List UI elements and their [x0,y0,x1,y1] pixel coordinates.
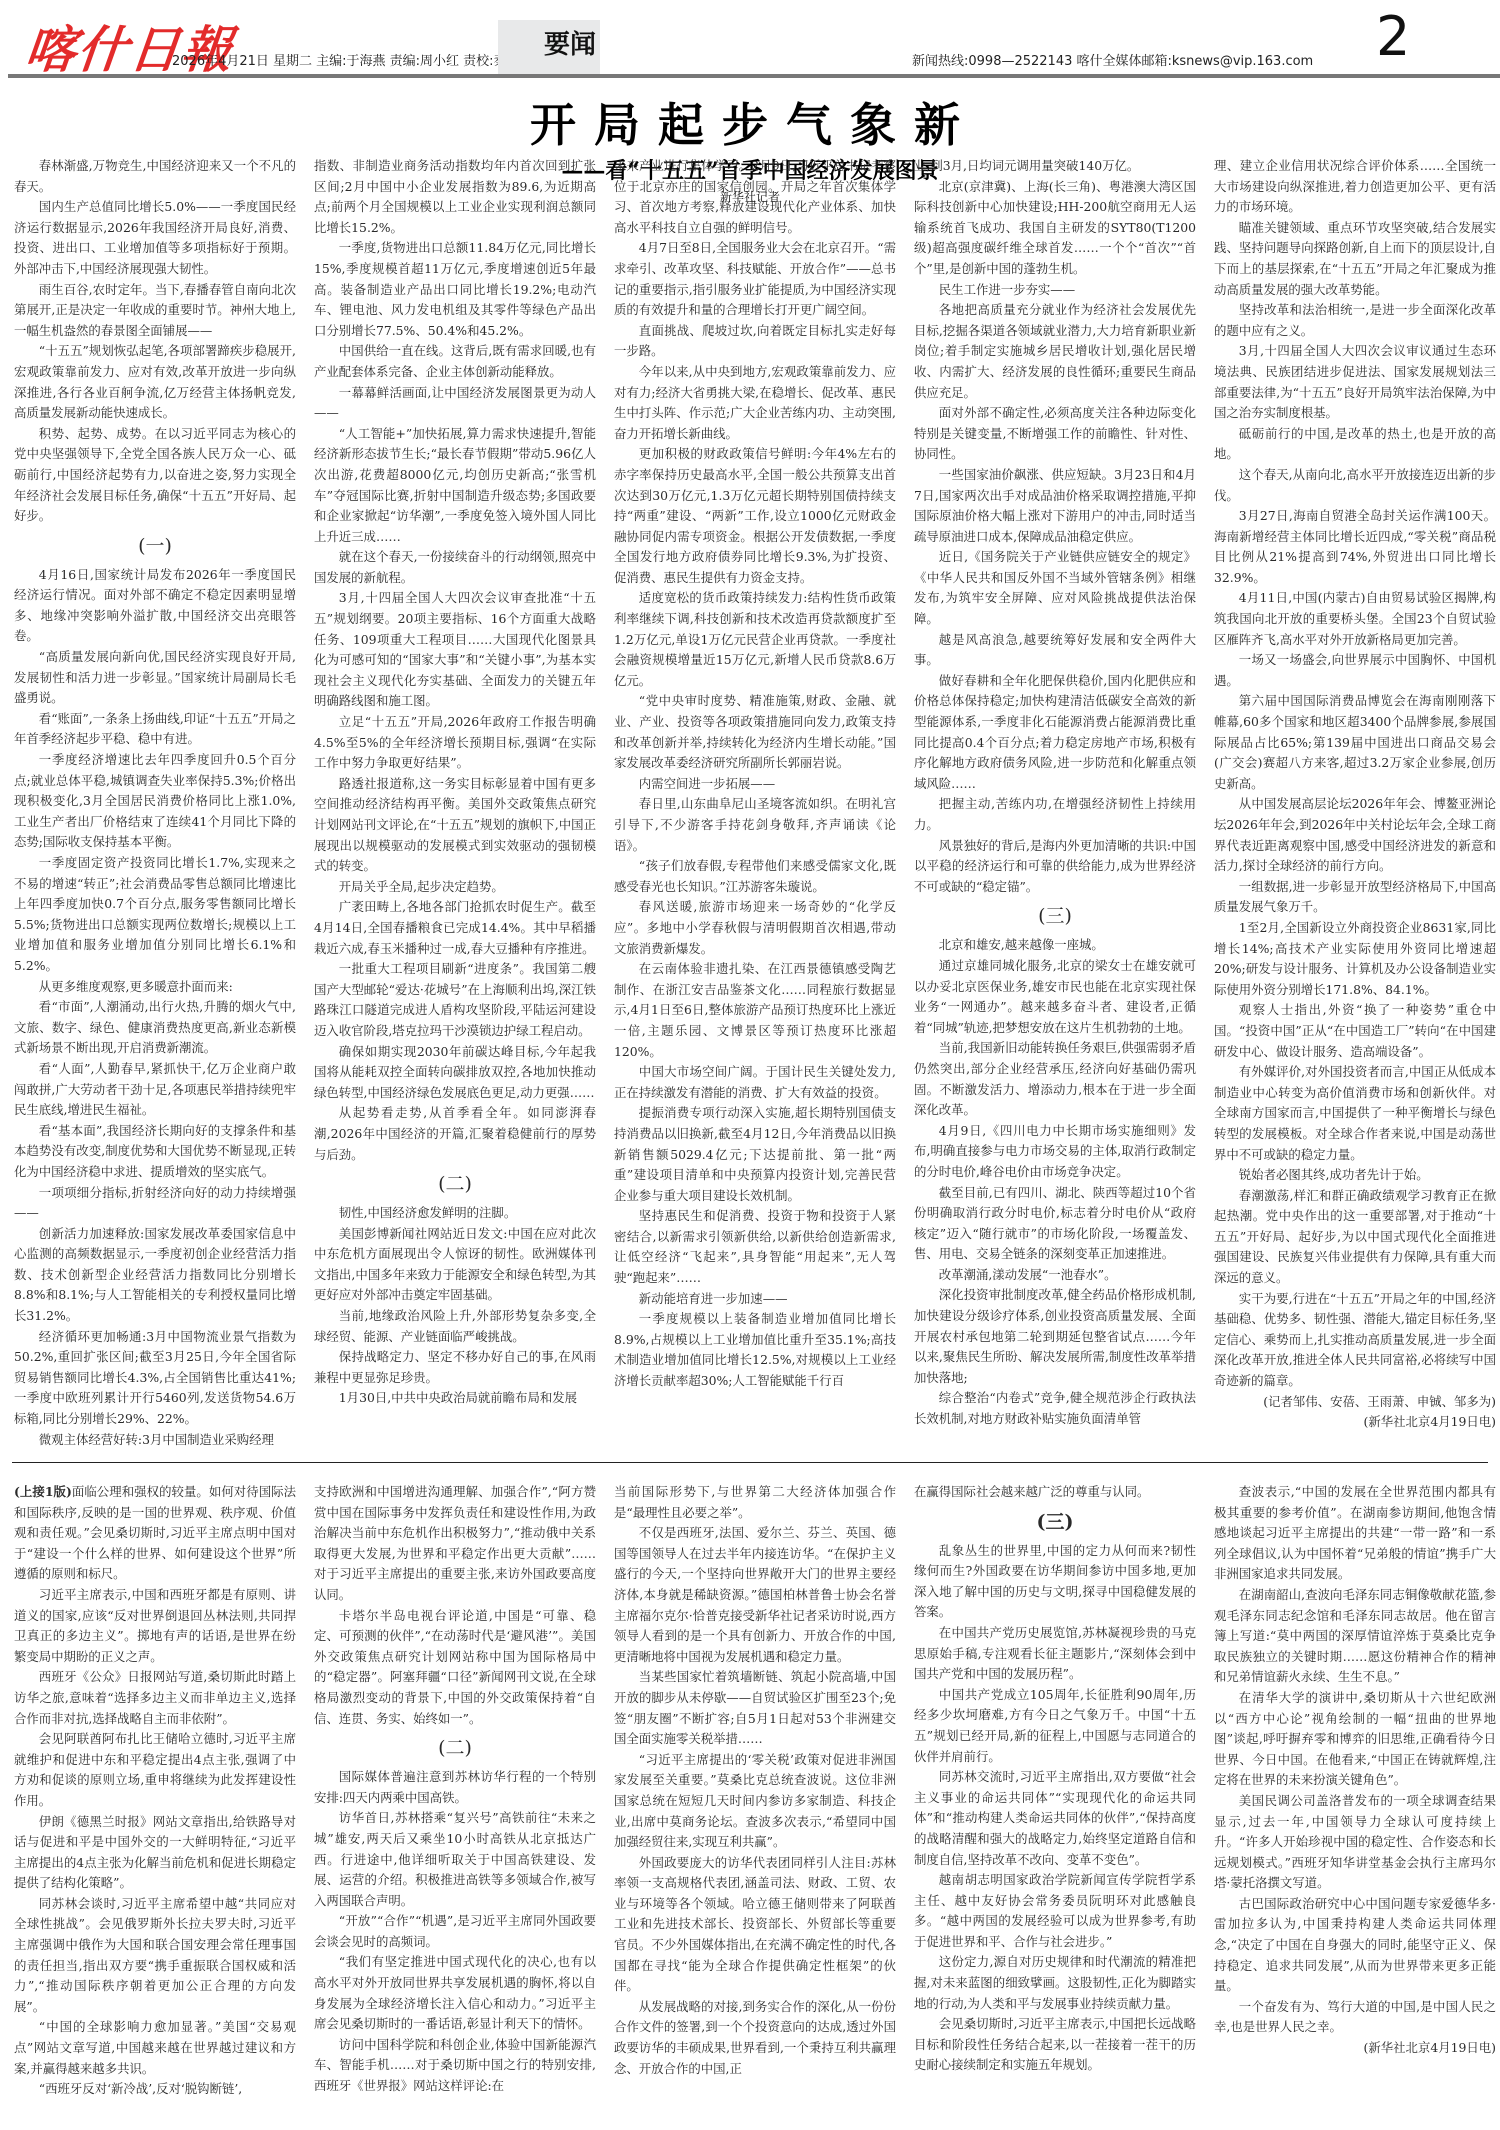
paragraph: 指数、非制造业商务活动指数均年内首次回到扩张区间;2月中国中小企业发展指数为89… [314,156,596,238]
paragraph: 国际媒体普遍注意到苏林访华行程的一个特别安排:四天内两乘中国高铁。 [314,1767,596,1808]
paragraph: 一个奋发有为、笃行大道的中国,是中国人民之幸,也是世界人民之幸。 [1214,1997,1496,2038]
paragraph: 看“账面”,一条条上扬曲线,印证“十五五”开局之年首季经济起步平稳、稳中有进。 [14,709,296,750]
paragraph: 看“人面”,人勤春早,紧抓快干,亿万企业商户敢闯敢拼,广大劳动者干劲十足,各项惠… [14,1059,296,1121]
text: 春风送暖,旅游市场迎来一场奇妙的“化学反应”。多地中小学春秋假与清明假期首次相遇… [614,899,896,955]
paragraph: 查波表示,“中国的发展在全世界范围内都具有极其重要的参考价值”。在湖南参访期间,… [1214,1482,1496,1585]
paragraph: 北京和雄安,越来越像一座城。 [914,935,1196,956]
page-number: 2 [1376,10,1410,64]
text: “十五五”规划恢弘起笔,各项部署蹄疾步稳展开,宏观政策靠前发力、应对有效,改革开… [14,343,296,420]
paragraph: 当前,我国新旧动能转换任务艰巨,供强需弱矛盾仍然突出,部分企业经营承压,经济向好… [914,1038,1196,1120]
continued-article: (上接1版)面临公理和强权的较量。如何对待国际法和国际秩序,反映的是一国的世界观… [14,1482,1496,2112]
text: 1月30日,中共中央政治局就前瞻布局和发展 [339,1390,577,1405]
paragraph: 3月,十四届全国人大四次会议审查批准“十五五”规划纲要。20项主要指标、16个方… [314,588,596,712]
section-number-heading: (二) [314,1733,596,1763]
paragraph: 一项项细分指标,折射经济向好的动力持续增强—— [14,1183,296,1224]
text: 3月27日,海南自贸港全岛封关运作满100天。海南新增经营主体同比增长近四成,“… [1214,508,1496,585]
paragraph: “中国的全球影响力愈加显著。”美国“交易观点”网站文章写道,中国越来越在世界越过… [14,2017,296,2079]
paragraph: 在云南体验非遗扎染、在江西景德镇感受陶艺制作、在浙江安吉品鉴茶文化……同程旅行数… [614,959,896,1062]
paragraph: 一组数据,进一步彰显开放型经济格局下,中国高质量发展气象万千。 [1214,877,1496,918]
text: 广袤田畴上,各地各部门抢抓农时促生产。截至4月14日,全国春播粮食已完成14.4… [314,899,596,955]
text: 民生工作进一步夯实—— [939,282,1075,297]
paragraph: 民生工作进一步夯实—— [914,280,1196,301]
paragraph: 新动能培育进一步加速—— [614,1289,896,1310]
paragraph: 会见阿联酋阿布扎比王储哈立德时,习近平主席就维护和促进中东和平稳定提出4点主张,… [14,1729,296,1811]
paragraph: “我们有坚定推进中国式现代化的决心,也有以高水平对外开放同世界共享发展机遇的胸怀… [314,1952,596,2034]
text: 中国大市场空间广阔。于国计民生关键处发力,正在持续激发有潜能的消费、扩大有效益的… [614,1064,896,1100]
text: 微观主体经营好转:3月中国制造业采购经理 [39,1432,274,1447]
text: (三) [1038,905,1072,927]
text: 就在这个春天,一份接续奋斗的行动纲领,照亮中国发展的新航程。 [314,549,596,585]
text: 一季度规模以上装备制造业增加值同比增长8.9%,占规模以上工业增加值比重升至35… [614,1311,896,1388]
paragraph: 古巴国际政治研究中心中国问题专家爱德华多·雷加拉多认为,中国秉持构建人类命运共同… [1214,1894,1496,1997]
text: 一季度固定资产投资同比增长1.7%,实现来之不易的增速“转正”;社会消费品零售总… [14,855,296,973]
paragraph: 当前国际形势下,与世界第二大经济体加强合作是“最理性且必要之举”。 [614,1482,896,1523]
paragraph: “人工智能+”加快拓展,算力需求快速提升,智能经济新形态拔节生长;“最长春节假期… [314,424,596,548]
paragraph: 不仅是西班牙,法国、爱尔兰、芬兰、英国、德国等国领导人在过去半年内接连访华。“在… [614,1523,896,1667]
paragraph: 经济循环更加畅通:3月中国物流业景气指数为50.2%,重回扩张区间;截至3月25… [14,1327,296,1430]
text: 春潮激荡,样汇和群正确政绩观学习教育正在掀起热潮。党中央作出的这一重要部署,对于… [1214,1188,1496,1285]
text: 保持战略定力、坚定不移办好自己的事,在风雨兼程中更显弥足珍贵。 [314,1349,596,1385]
paragraph: 习近平主席表示,中国和西班牙都是有原则、讲道义的国家,应该“反对世界倒退回丛林法… [14,1585,296,1667]
paragraph: 会见桑切斯时,习近平主席表示,中国把长远战略目标和阶段性任务结合起来,以一茬接着… [914,2014,1196,2076]
text: 访问中国科学院和科创企业,体验中国新能源汽车、智能手机……对于桑切斯中国之行的特… [314,2037,596,2093]
paragraph: 立足“十五五”开局,2026年政府工作报告明确4.5%至5%的全年经济增长预期目… [314,712,596,774]
text: 习近平主席表示,中国和西班牙都是有原则、讲道义的国家,应该“反对世界倒退回丛林法… [14,1587,296,1664]
text: 雨生百谷,农时定年。当下,春播春管自南向北次第展开,正是决定一年收成的重要时节。… [14,282,296,338]
date-editor-line: 2026年4月21日 星期二 主编:于海燕 责编:周小红 责校:秦小林 [172,50,533,69]
paragraph: 从起势看走势,从首季看全年。如同澎湃春潮,2026年中国经济的开篇,汇聚着稳健前… [314,1103,596,1165]
text: 同苏林会谈时,习近平主席希望中越“共同应对全球性挑战”。会见俄罗斯外长拉夫罗夫时… [14,1896,296,2014]
text: 3月,十四届全国人大四次会议审查批准“十五五”规划纲要。20项主要指标、16个方… [314,590,596,708]
text: 北京和雄安,越来越像一座城。 [939,937,1104,952]
text: “人工智能+”加快拓展,算力需求快速提升,智能经济新形态拔节生长;“最长春节假期… [314,426,596,544]
paragraph: 春日里,山东曲阜尼山圣境客流如织。在明礼宫引导下,不少游客手持花剑身敬拜,齐声诵… [614,794,896,856]
text: 做好春耕和全年化肥保供稳价,国内化肥供应和价格总体保持稳定;加快构建清洁低碳安全… [914,673,1196,791]
text: 未来产业进行集体学习。2月9日,习近平总书记考察位于北京亦庄的国家信创园。开局之… [614,158,896,235]
paragraph: 瞄准关键领域、重点环节攻坚突破,结合发展实践、坚持问题导向探路创新,自上而下的顶… [1214,218,1496,300]
text: 4月7日至8日,全国服务业大会在北京召开。“需求牵引、改革攻坚、科技赋能、开放合… [614,240,896,317]
text: 积势、起势、成势。在以习近平同志为核心的党中央坚强领导下,全党全国各族人民万众一… [14,426,296,523]
paragraph: 理、建立企业信用状况综合评价体系……全国统一大市场建设向纵深推进,着力创造更加公… [1214,156,1496,218]
paragraph: 同苏林会谈时,习近平主席希望中越“共同应对全球性挑战”。会见俄罗斯外长拉夫罗夫时… [14,1894,296,2018]
paragraph: 风景独好的背后,是海内外更加清晰的共识:中国以平稳的经济运行和可靠的供给能力,成… [914,836,1196,898]
text: “高质量发展向新向优,国民经济实现良好开局,发展韧性和活力进一步彰显。”国家统计… [14,649,296,705]
text: “党中央审时度势、精准施策,财政、金融、就业、产业、投资等各项政策措施同向发力,… [614,693,896,770]
paragraph: 微观主体经营好转:3月中国制造业采购经理 [14,1430,296,1451]
section-number-heading: (二) [314,1169,596,1199]
paragraph: 越南胡志明国家政治学院新闻宣传学院哲学系主任、越中友好协会常务委员阮明环对此感触… [914,1870,1196,1952]
text: (一) [138,535,172,557]
paragraph: 一季度,货物进出口总额11.84万亿元,同比增长15%,季度规模首超11万亿元,… [314,238,596,341]
text: 业,到3月,日均词元调用量突破140万亿。 [914,158,1139,173]
text: 从中国发展高层论坛2026年年会、博鳌亚洲论坛2026年年会,到2026年中关村… [1214,796,1496,873]
text: “习近平主席提出的‘零关税’政策对促进非洲国家发展至关重要。”莫桑比克总统查波说… [614,1752,896,1849]
paragraph: 路透社报道称,这一务实目标彰显着中国有更多空间推动经济结构再平衡。美国外交政策焦… [314,774,596,877]
paragraph: “十五五”规划恢弘起笔,各项部署蹄疾步稳展开,宏观政策靠前发力、应对有效,改革开… [14,341,296,423]
text: 中国共产党成立105周年,长征胜利90周年,历经多少坎坷磨难,方有今日之气象万千… [914,1687,1196,1764]
text: 西班牙《公众》日报网站写道,桑切斯此时踏上访华之旅,意味着“选择多边主义而非单边… [14,1669,296,1725]
paragraph: 截至目前,已有四川、湖北、陕西等超过10个省份明确取消行政分时电价,标志着分时电… [914,1183,1196,1265]
paragraph: 访华首日,苏林搭乘“复兴号”高铁前往“未来之城”雄安,两天后又乘坐10小时高铁从… [314,1808,596,1911]
continued-from-marker: (上接1版) [14,1484,72,1499]
text: (新华社北京4月19日电) [1364,1414,1496,1429]
text: 越南胡志明国家政治学院新闻宣传学院哲学系主任、越中友好协会常务委员阮明环对此感触… [914,1872,1196,1949]
text: 4月16日,国家统计局发布2026年一季度国民经济运行情况。面对外部不确定不稳定… [14,567,296,644]
paragraph: 保持战略定力、坚定不移办好自己的事,在风雨兼程中更显弥足珍贵。 [314,1347,596,1388]
paragraph: 国内生产总值同比增长5.0%——一季度国民经济运行数据显示,2026年我国经济开… [14,197,296,279]
paragraph: 从中国发展高层论坛2026年年会、博鳌亚洲论坛2026年年会,到2026年中关村… [1214,794,1496,876]
text: 春日里,山东曲阜尼山圣境客流如织。在明礼宫引导下,不少游客手持花剑身敬拜,齐声诵… [614,796,896,852]
paragraph: 一季度固定资产投资同比增长1.7%,实现来之不易的增速“转正”;社会消费品零售总… [14,853,296,977]
paragraph: 一季度规模以上装备制造业增加值同比增长8.9%,占规模以上工业增加值比重升至35… [614,1309,896,1391]
text: 当前,我国新旧动能转换任务艰巨,供强需弱矛盾仍然突出,部分企业经营承压,经济向好… [914,1040,1196,1117]
text: 开局关乎全局,起步决定趋势。 [339,879,504,894]
article-column: 查波表示,“中国的发展在全世界范围内都具有极其重要的参考价值”。在湖南参访期间,… [1214,1482,1496,2112]
paragraph: 在湖南韶山,查波向毛泽东同志铜像敬献花篮,参观毛泽东同志纪念馆和毛泽东同志故居。… [1214,1585,1496,1688]
paragraph: (上接1版)面临公理和强权的较量。如何对待国际法和国际秩序,反映的是一国的世界观… [14,1482,296,1585]
section-number-heading: (一) [14,531,296,561]
paragraph: 开局关乎全局,起步决定趋势。 [314,877,596,898]
text: “西班牙反对‘新冷战’,反对‘脱钩断链’, [39,2081,242,2096]
paragraph: 这个春天,从南向北,高水平开放接连迈出新的步伐。 [1214,465,1496,506]
text: “我们有坚定推进中国式现代化的决心,也有以高水平对外开放同世界共享发展机遇的胸怀… [314,1954,596,2031]
paragraph: 近日,《国务院关于产业链供应链安全的规定》《中华人民共和国反外国不当域外管辖条例… [914,547,1196,629]
paragraph: 中国共产党成立105周年,长征胜利90周年,历经多少坎坷磨难,方有今日之气象万千… [914,1685,1196,1767]
paragraph: 春风送暖,旅游市场迎来一场奇妙的“化学反应”。多地中小学春秋假与清明假期首次相遇… [614,897,896,959]
text: 一组数据,进一步彰显开放型经济格局下,中国高质量发展气象万千。 [1214,879,1496,915]
text: 看“基本面”,我国经济长期向好的支撑条件和基本趋势没有改变,制度优势和大国优势不… [14,1123,296,1179]
article-column: 在赢得国际社会越来越广泛的尊重与认同。(三)乱象丛生的世界里,中国的定力从何而来… [914,1482,1196,2112]
paragraph: 有外媒评价,对外国投资者而言,中国正从低成本制造业中心转变为高价值消费市场和创新… [1214,1062,1496,1165]
text: “中国的全球影响力愈加显著。”美国“交易观点”网站文章写道,中国越来越在世界越过… [14,2019,296,2075]
text: 内需空间进一步拓展—— [639,776,775,791]
text: 1至2月,全国新设立外商投资企业8631家,同比增长14%;高技术产业实际使用外… [1214,920,1496,997]
contact-line: 新闻热线:0998—2522143 喀什全媒体邮箱:ksnews@vip.163… [912,50,1313,69]
paragraph: “西班牙反对‘新冷战’,反对‘脱钩断链’, [14,2079,296,2100]
text: 看“人面”,人勤春早,紧抓快干,亿万企业商户敢闯敢拼,广大劳动者干劲十足,各项惠… [14,1061,296,1117]
text: 这份定力,源自对历史规律和时代潮流的精准把握,对未来蓝图的细致擘画。这股韧性,正… [914,1954,1196,2010]
text: 立足“十五五”开局,2026年政府工作报告明确4.5%至5%的全年经济增长预期目… [314,714,596,770]
paragraph: 乱象丛生的世界里,中国的定力从何而来?韧性缘何而生?外国政要在访华期间参访中国多… [914,1541,1196,1623]
text: 卡塔尔半岛电视台评论道,中国是“可靠、稳定、可预测的伙伴”,“在动荡时代是‘避风… [314,1608,596,1726]
text: 把握主动,苦练内功,在增强经济韧性上持续用力。 [914,796,1196,832]
paragraph: 创新活力加速释放:国家发展改革委国家信息中心监测的高频数据显示,一季度初创企业经… [14,1224,296,1327]
article-column: 支持欧洲和中国增进沟通理解、加强合作”,“阿方赞赏中国在国际事务中发挥负责任和建… [314,1482,596,2112]
paragraph: 未来产业进行集体学习。2月9日,习近平总书记考察位于北京亦庄的国家信创园。开局之… [614,156,896,238]
paragraph: 卡塔尔半岛电视台评论道,中国是“可靠、稳定、可预测的伙伴”,“在动荡时代是‘避风… [314,1606,596,1730]
paragraph: 广袤田畴上,各地各部门抢抓农时促生产。截至4月14日,全国春播粮食已完成14.4… [314,897,596,959]
dateline: (新华社北京4月19日电) [1214,1412,1496,1433]
paragraph: “习近平主席提出的‘零关税’政策对促进非洲国家发展至关重要。”莫桑比克总统查波说… [614,1750,896,1853]
top-article: 春林渐盛,万物竞生,中国经济迎来又一个不凡的春天。国内生产总值同比增长5.0%—… [14,156,1496,1456]
text: 当前,地缘政治风险上升,外部形势复杂多变,全球经贸、能源、产业链面临严峻挑战。 [314,1308,596,1344]
paragraph: 越是风高浪急,越要统筹好发展和安全两件大事。 [914,630,1196,671]
text: 韧性,中国经济愈发鲜明的注脚。 [339,1205,516,1220]
text: 砥砺前行的中国,是改革的热土,也是开放的高地。 [1214,426,1496,462]
text: (二) [438,1737,472,1759]
text: 美国民调公司盖洛普发布的一项全球调查结果显示,过去一年,中国领导力全球认可度持续… [1214,1793,1496,1890]
text: 4月11日,中国(内蒙古)自由贸易试验区揭牌,构筑我国向北开放的重要桥头堡。全国… [1214,590,1496,646]
text: 会见桑切斯时,习近平主席表示,中国把长远战略目标和阶段性任务结合起来,以一茬接着… [914,2016,1196,2072]
text: 一些国家油价飙涨、供应短缺。3月23日和4月7日,国家两次出手对成品油价格采取调… [914,467,1196,544]
paragraph: 砥砺前行的中国,是改革的热土,也是开放的高地。 [1214,424,1496,465]
paragraph: 美国彭博新闻社网站近日发文:中国在应对此次中东危机方面展现出令人惊讶的韧性。欧洲… [314,1224,596,1306]
paragraph: 中国供给一直在线。这背后,既有需求回暖,也有产业配套体系完备、企业主体创新动能释… [314,341,596,382]
text: “孩子们放春假,专程带他们来感受儒家文化,既感受春光也长知识。”江苏游客朱璇说。 [614,858,896,894]
paragraph: 外国政要庞大的访华代表团同样引人注目:苏林率领一支高规格代表团,涵盖司法、财政、… [614,1853,896,1997]
paragraph: “孩子们放春假,专程带他们来感受儒家文化,既感受春光也长知识。”江苏游客朱璇说。 [614,856,896,897]
paragraph: 一幕幕鲜活画面,让中国经济发展图景更为动人—— [314,383,596,424]
text: 创新活力加速释放:国家发展改革委国家信息中心监测的高频数据显示,一季度初创企业经… [14,1226,296,1323]
text: 理、建立企业信用状况综合评价体系……全国统一大市场建设向纵深推进,着力创造更加公… [1214,158,1496,214]
text: 美国彭博新闻社网站近日发文:中国在应对此次中东危机方面展现出令人惊讶的韧性。欧洲… [314,1226,596,1303]
paragraph: 北京(京津冀)、上海(长三角)、粤港澳大湾区国际科技创新中心加快建设;HH-20… [914,177,1196,280]
text: 瞄准关键领域、重点环节攻坚突破,结合发展实践、坚持问题导向探路创新,自上而下的顶… [1214,220,1496,297]
text: 经济循环更加畅通:3月中国物流业景气指数为50.2%,重回扩张区间;截至3月25… [14,1329,296,1426]
text: 当前国际形势下,与世界第二大经济体加强合作是“最理性且必要之举”。 [614,1484,896,1520]
text: 从发展战略的对接,到务实合作的深化,从一份份合作文件的签署,到一个个投资意向的达… [614,1999,896,2076]
paragraph: 把握主动,苦练内功,在增强经济韧性上持续用力。 [914,794,1196,835]
paragraph: 美国民调公司盖洛普发布的一项全球调查结果显示,过去一年,中国领导力全球认可度持续… [1214,1791,1496,1894]
paragraph: 韧性,中国经济愈发鲜明的注脚。 [314,1203,596,1224]
paragraph: 西班牙《公众》日报网站写道,桑切斯此时踏上访华之旅,意味着“选择多边主义而非单边… [14,1667,296,1729]
paragraph: 积势、起势、成势。在以习近平同志为核心的党中央坚强领导下,全党全国各族人民万众一… [14,424,296,527]
article-column: 指数、非制造业商务活动指数均年内首次回到扩张区间;2月中国中小企业发展指数为89… [314,156,596,1456]
article-column: 未来产业进行集体学习。2月9日,习近平总书记考察位于北京亦庄的国家信创园。开局之… [614,156,896,1456]
paragraph: 各地把高质量充分就业作为经济社会发展优先目标,挖掘各渠道各领域就业潜力,大力培育… [914,300,1196,403]
paragraph: 更加积极的财政政策信号鲜明:今年4%左右的赤字率保持历史最高水平,全国一般公共预… [614,444,896,588]
text: 锐始者必图其终,成功者先计于始。 [1239,1167,1429,1182]
text: 查波表示,“中国的发展在全世界范围内都具有极其重要的参考价值”。在湖南参访期间,… [1214,1484,1496,1581]
text: “开放”“合作”“机遇”,是习近平主席同外国政要会谈会见时的高频词。 [314,1913,596,1949]
paragraph: “党中央审时度势、精准施策,财政、金融、就业、产业、投资等各项政策措施同向发力,… [614,691,896,773]
text: 古巴国际政治研究中心中国问题专家爱德华多·雷加拉多认为,中国秉持构建人类命运共同… [1214,1896,1496,1993]
paragraph: 就在这个春天,一份接续奋斗的行动纲领,照亮中国发展的新航程。 [314,547,596,588]
text: 深化投资审批制度改革,健全药品价格形成机制,加快建设分级诊疗体系,创业投资高质量… [914,1287,1196,1384]
text: 北京(京津冀)、上海(长三角)、粤港澳大湾区国际科技创新中心加快建设;HH-20… [914,179,1196,276]
paragraph: 适度宽松的货币政策持续发力:结构性货币政策利率继续下调,科技创新和技术改造再贷款… [614,588,896,691]
text: 一场又一场盛会,向世界展示中国胸怀、中国机遇。 [1214,652,1496,688]
paragraph: “开放”“合作”“机遇”,是习近平主席同外国政要会谈会见时的高频词。 [314,1911,596,1952]
paragraph: 做好春耕和全年化肥保供稳价,国内化肥供应和价格总体保持稳定;加快构建清洁低碳安全… [914,671,1196,795]
paragraph: 一场又一场盛会,向世界展示中国胸怀、中国机遇。 [1214,650,1496,691]
text: 看“账面”,一条条上扬曲线,印证“十五五”开局之年首季经济起步平稳、稳中有进。 [14,711,296,747]
paragraph: 直面挑战、爬坡过坎,向着既定目标扎实走好每一步路。 [614,321,896,362]
paragraph: 从发展战略的对接,到务实合作的深化,从一份份合作文件的签署,到一个个投资意向的达… [614,1997,896,2079]
paragraph: 当某些国家忙着筑墙断链、筑起小院高墙,中国开放的脚步从未停歇——自贸试验区扩围至… [614,1667,896,1749]
text: (新华社北京4月19日电) [1364,2040,1496,2055]
paragraph: 4月9日,《四川电力中长期市场实施细则》发布,明确直接参与电力市场交易的主体,取… [914,1121,1196,1183]
text: 通过京雄同城化服务,北京的梁女士在雄安就可以办妥北京医保业务,雄安市民也能在北京… [914,958,1196,1035]
paragraph: 看“市面”,人潮涌动,出行火热,升腾的烟火气中,文旅、数字、绿色、健康消费热度更… [14,997,296,1059]
text: 中国供给一直在线。这背后,既有需求回暖,也有产业配套体系完备、企业主体创新动能释… [314,343,596,379]
paragraph: 伊朗《德黑兰时报》网站文章指出,给铁路导对话与促进和平是中国外交的一大鲜明特征,… [14,1812,296,1894]
text: 在清华大学的演讲中,桑切斯从十六世纪欧洲以“西方中心论”视角绘制的一幅“扭曲的世… [1214,1690,1496,1787]
paragraph: 4月7日至8日,全国服务业大会在北京召开。“需求牵引、改革攻坚、科技赋能、开放合… [614,238,896,320]
text: 适度宽松的货币政策持续发力:结构性货币政策利率继续下调,科技创新和技术改造再贷款… [614,590,896,687]
paragraph: 在清华大学的演讲中,桑切斯从十六世纪欧洲以“西方中心论”视角绘制的一幅“扭曲的世… [1214,1688,1496,1791]
text: 坚持改革和法治相统一,是进一步全面深化改革的题中应有之义。 [1214,302,1496,338]
text: 当某些国家忙着筑墙断链、筑起小院高墙,中国开放的脚步从未停歇——自贸试验区扩围至… [614,1669,896,1746]
text: 从更多维度观察,更多暖意扑面而来: [39,979,233,994]
article-column: 业,到3月,日均词元调用量突破140万亿。北京(京津冀)、上海(长三角)、粤港澳… [914,156,1196,1456]
text: 伊朗《德黑兰时报》网站文章指出,给铁路导对话与促进和平是中国外交的一大鲜明特征,… [14,1814,296,1891]
text: 3月,十四届全国人大四次会议审议通过生态环境法典、民族团结进步促进法、国家发展规… [1214,343,1496,420]
paragraph: 今年以来,从中央到地方,宏观政策靠前发力、应对有力;经济大省勇挑大梁,在稳增长、… [614,362,896,444]
text: 一幕幕鲜活画面,让中国经济发展图景更为动人—— [314,385,596,421]
text: 国内生产总值同比增长5.0%——一季度国民经济运行数据显示,2026年我国经济开… [14,199,296,276]
text: 这个春天,从南向北,高水平开放接连迈出新的步伐。 [1214,467,1496,503]
text: 新动能培育进一步加速—— [639,1291,788,1306]
newspaper-logo: 喀什日報 [22,10,238,82]
masthead: 喀什日報 2026年4月21日 星期二 主编:于海燕 责编:周小红 责校:秦小林… [0,0,1500,80]
text: 从起势看走势,从首季看全年。如同澎湃春潮,2026年中国经济的开篇,汇聚着稳健前… [314,1105,596,1161]
text: (记者邹伟、安蓓、王雨萧、申铖、邹多为) [1263,1394,1496,1409]
text: 综合整治“内卷式”竞争,健全规范涉企行政执法长效机制,对地方财政补贴实施负面清单… [914,1390,1196,1426]
paragraph: 观察人士指出,外资“换了一种姿势”重仓中国。“投资中国”正从“在中国造工厂”转向… [1214,1000,1496,1062]
paragraph: 访问中国科学院和科创企业,体验中国新能源汽车、智能手机……对于桑切斯中国之行的特… [314,2035,596,2097]
text: 春林渐盛,万物竞生,中国经济迎来又一个不凡的春天。 [14,158,296,194]
dateline: (新华社北京4月19日电) [1214,2038,1496,2059]
paragraph: 业,到3月,日均词元调用量突破140万亿。 [914,156,1196,177]
text: 在云南体验非遗扎染、在江西景德镇感受陶艺制作、在浙江安吉品鉴茶文化……同程旅行数… [614,961,896,1058]
paragraph: 在中国共产党历史展览馆,苏林凝视珍贵的马克思原始手稿,专注观看长征主题影片,“深… [914,1623,1196,1685]
paragraph: 3月27日,海南自贸港全岛封关运作满100天。海南新增经营主体同比增长近四成,“… [1214,506,1496,588]
text: 面对外部不确定性,必须高度关注各种边际变化特别是关键变量,不断增强工作的前瞻性、… [914,405,1196,461]
paragraph: 提振消费专项行动深入实施,超长期特别国债支持消费品以旧换新,截至4月12日,今年… [614,1103,896,1206]
text: 在中国共产党历史展览馆,苏林凝视珍贵的马克思原始手稿,专注观看长征主题影片,“深… [914,1625,1196,1681]
section-number-heading: (三) [914,901,1196,931]
text: 观察人士指出,外资“换了一种姿势”重仓中国。“投资中国”正从“在中国造工厂”转向… [1214,1002,1496,1058]
paragraph: 支持欧洲和中国增进沟通理解、加强合作”,“阿方赞赏中国在国际事务中发挥负责任和建… [314,1482,596,1606]
text: 截至目前,已有四川、湖北、陕西等超过10个省份明确取消行政分时电价,标志着分时电… [914,1185,1196,1262]
article-column: (上接1版)面临公理和强权的较量。如何对待国际法和国际秩序,反映的是一国的世界观… [14,1482,296,2112]
paragraph: 内需空间进一步拓展—— [614,774,896,795]
text: 在赢得国际社会越来越广泛的尊重与认同。 [914,1484,1149,1499]
text: 实干为要,行进在“十五五”开局之年的中国,经济基础稳、优势多、韧性强、潜能大,锚… [1214,1291,1496,1388]
text: 4月9日,《四川电力中长期市场实施细则》发布,明确直接参与电力市场交易的主体,取… [914,1123,1196,1179]
text: 一批重大工程项目刷新“进度条”。我国第二艘国产大型邮轮“爱达·花城号”在上海顺利… [314,961,596,1038]
paragraph: 通过京雄同城化服务,北京的梁女士在雄安就可以办妥北京医保业务,雄安市民也能在北京… [914,956,1196,1038]
paragraph: 中国大市场空间广阔。于国计民生关键处发力,正在持续激发有潜能的消费、扩大有效益的… [614,1062,896,1103]
text: 看“市面”,人潮涌动,出行火热,升腾的烟火气中,文旅、数字、绿色、健康消费热度更… [14,999,296,1055]
text: 外国政要庞大的访华代表团同样引人注目:苏林率领一支高规格代表团,涵盖司法、财政、… [614,1855,896,1994]
paragraph: 4月16日,国家统计局发布2026年一季度国民经济运行情况。面对外部不确定不稳定… [14,565,296,647]
paragraph: 在赢得国际社会越来越广泛的尊重与认同。 [914,1482,1196,1503]
paragraph: 一季度经济增速比去年四季度回升0.5个百分点;就业总体平稳,城镇调查失业率保持5… [14,750,296,853]
text: 提振消费专项行动深入实施,超长期特别国债支持消费品以旧换新,截至4月12日,今年… [614,1105,896,1202]
paragraph: 坚持惠民生和促消费、投资于物和投资于人紧密结合,以新需求引领新供给,以新供给创造… [614,1206,896,1288]
text: 更加积极的财政政策信号鲜明:今年4%左右的赤字率保持历史最高水平,全国一般公共预… [614,446,896,585]
paragraph: 当前,地缘政治风险上升,外部形势复杂多变,全球经贸、能源、产业链面临严峻挑战。 [314,1306,596,1347]
paragraph: 坚持改革和法治相统一,是进一步全面深化改革的题中应有之义。 [1214,300,1496,341]
text: 风景独好的背后,是海内外更加清晰的共识:中国以平稳的经济运行和可靠的供给能力,成… [914,838,1196,894]
paragraph: 深化投资审批制度改革,健全药品价格形成机制,加快建设分级诊疗体系,创业投资高质量… [914,1285,1196,1388]
paragraph: 实干为要,行进在“十五五”开局之年的中国,经济基础稳、优势多、韧性强、潜能大,锚… [1214,1289,1496,1392]
text: 在湖南韶山,查波向毛泽东同志铜像敬献花篮,参观毛泽东同志纪念馆和毛泽东同志故居。… [1214,1587,1496,1684]
text: 路透社报道称,这一务实目标彰显着中国有更多空间推动经济结构再平衡。美国外交政策焦… [314,776,596,873]
text: 同苏林交流时,习近平主席指出,双方要做“社会主义事业的命运共同体”“实现现代化的… [914,1769,1196,1866]
paragraph: 3月,十四届全国人大四次会议审议通过生态环境法典、民族团结进步促进法、国家发展规… [1214,341,1496,423]
text: 改革潮涌,漾动发展“一池春水”。 [939,1267,1117,1282]
article-column: 春林渐盛,万物竞生,中国经济迎来又一个不凡的春天。国内生产总值同比增长5.0%—… [14,156,296,1456]
paragraph: 春潮激荡,样汇和群正确政绩观学习教育正在掀起热潮。党中央作出的这一重要部署,对于… [1214,1186,1496,1289]
text: 越是风高浪急,越要统筹好发展和安全两件大事。 [914,632,1196,668]
paragraph: 同苏林交流时,习近平主席指出,双方要做“社会主义事业的命运共同体”“实现现代化的… [914,1767,1196,1870]
section-number-heading: (三) [914,1507,1196,1537]
paragraph: 面对外部不确定性,必须高度关注各种边际变化特别是关键变量,不断增强工作的前瞻性、… [914,403,1196,465]
text: 各地把高质量充分就业作为经济社会发展优先目标,挖掘各渠道各领域就业潜力,大力培育… [914,302,1196,399]
text: 一个奋发有为、笃行大道的中国,是中国人民之幸,也是世界人民之幸。 [1214,1999,1496,2035]
text: 支持欧洲和中国增进沟通理解、加强合作”,“阿方赞赏中国在国际事务中发挥负责任和建… [314,1484,596,1602]
paragraph: 确保如期实现2030年前碳达峰目标,今年起我国将从能耗双控全面转向碳排放双控,各… [314,1042,596,1104]
paragraph: 1至2月,全国新设立外商投资企业8631家,同比增长14%;高技术产业实际使用外… [1214,918,1496,1000]
paragraph: 综合整治“内卷式”竞争,健全规范涉企行政执法长效机制,对地方财政补贴实施负面清单… [914,1388,1196,1429]
text: 直面挑战、爬坡过坎,向着既定目标扎实走好每一步路。 [614,323,896,359]
paragraph: 这份定力,源自对历史规律和时代潮流的精准把握,对未来蓝图的细致擘画。这股韧性,正… [914,1952,1196,2014]
text: 乱象丛生的世界里,中国的定力从何而来?韧性缘何而生?外国政要在访华期间参访中国多… [914,1543,1196,1620]
paragraph: 1月30日,中共中央政治局就前瞻布局和发展 [314,1388,596,1409]
text: 国际媒体普遍注意到苏林访华行程的一个特别安排:四天内两乘中国高铁。 [314,1769,596,1805]
article-divider [12,1462,1488,1463]
paragraph: 春林渐盛,万物竞生,中国经济迎来又一个不凡的春天。 [14,156,296,197]
masthead-divider [8,74,1500,78]
text: 访华首日,苏林搭乘“复兴号”高铁前往“未来之城”雄安,两天后又乘坐10小时高铁从… [314,1810,596,1907]
text: (三) [1037,1511,1074,1533]
text: 一季度经济增速比去年四季度回升0.5个百分点;就业总体平稳,城镇调查失业率保持5… [14,752,296,849]
paragraph: “高质量发展向新向优,国民经济实现良好开局,发展韧性和活力进一步彰显。”国家统计… [14,647,296,709]
article-column: 当前国际形势下,与世界第二大经济体加强合作是“最理性且必要之举”。不仅是西班牙,… [614,1482,896,2112]
paragraph: 从更多维度观察,更多暖意扑面而来: [14,977,296,998]
paragraph: 一批重大工程项目刷新“进度条”。我国第二艘国产大型邮轮“爱达·花城号”在上海顺利… [314,959,596,1041]
paragraph: 改革潮涌,漾动发展“一池春水”。 [914,1265,1196,1286]
section-label: 要闻 [544,24,596,61]
text: (二) [438,1173,472,1195]
text: 一季度,货物进出口总额11.84万亿元,同比增长15%,季度规模首超11万亿元,… [314,240,596,337]
text: 第六届中国国际消费品博览会在海南刚刚落下帷幕,60多个国家和地区超3400个品牌… [1214,693,1496,790]
text: 近日,《国务院关于产业链供应链安全的规定》《中华人民共和国反外国不当域外管辖条例… [914,549,1196,626]
text: 一项项细分指标,折射经济向好的动力持续增强—— [14,1185,296,1221]
paragraph: 看“基本面”,我国经济长期向好的支撑条件和基本趋势没有改变,制度优势和大国优势不… [14,1121,296,1183]
paragraph: 雨生百谷,农时定年。当下,春播春管自南向北次第展开,正是决定一年收成的重要时节。… [14,280,296,342]
text: 今年以来,从中央到地方,宏观政策靠前发力、应对有力;经济大省勇挑大梁,在稳增长、… [614,364,896,441]
headline-title: 开局起步气象新 [8,96,1500,154]
text: 坚持惠民生和促消费、投资于物和投资于人紧密结合,以新需求引领新供给,以新供给创造… [614,1208,896,1285]
text: 确保如期实现2030年前碳达峰目标,今年起我国将从能耗双控全面转向碳排放双控,各… [314,1044,596,1100]
text: 不仅是西班牙,法国、爱尔兰、芬兰、英国、德国等国领导人在过去半年内接连访华。“在… [614,1525,896,1664]
dateline: (记者邹伟、安蓓、王雨萧、申铖、邹多为) [1214,1392,1496,1413]
text: 有外媒评价,对外国投资者而言,中国正从低成本制造业中心转变为高价值消费市场和创新… [1214,1064,1496,1161]
paragraph: 一些国家油价飙涨、供应短缺。3月23日和4月7日,国家两次出手对成品油价格采取调… [914,465,1196,547]
text: 会见阿联酋阿布扎比王储哈立德时,习近平主席就维护和促进中东和平稳定提出4点主张,… [14,1731,296,1808]
paragraph: 第六届中国国际消费品博览会在海南刚刚落下帷幕,60多个国家和地区超3400个品牌… [1214,691,1496,794]
paragraph: 锐始者必图其终,成功者先计于始。 [1214,1165,1496,1186]
article-column: 理、建立企业信用状况综合评价体系……全国统一大市场建设向纵深推进,着力创造更加公… [1214,156,1496,1456]
paragraph: 4月11日,中国(内蒙古)自由贸易试验区揭牌,构筑我国向北开放的重要桥头堡。全国… [1214,588,1496,650]
text: 指数、非制造业商务活动指数均年内首次回到扩张区间;2月中国中小企业发展指数为89… [314,158,596,235]
